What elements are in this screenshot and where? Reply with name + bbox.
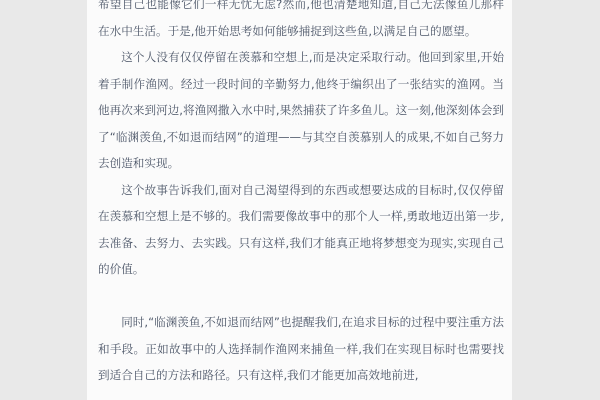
document-page: 希望自己也能像它们一样无忧无虑?然而,他也清楚地知道,自己无法像鱼儿那样在水中生… (87, 0, 512, 400)
paragraph-moral-lesson: 这个故事告诉我们,面对自己渴望得到的东西或想要达成的目标时,仅仅停留在羡慕和空想… (98, 177, 504, 283)
document-canvas: 希望自己也能像它们一样无忧无虑?然而,他也清楚地知道,自己无法像鱼儿那样在水中生… (0, 0, 600, 400)
article-text: 希望自己也能像它们一样无忧无虑?然而,他也清楚地知道,自己无法像鱼儿那样在水中生… (98, 0, 504, 389)
paragraph-method-reminder: 同时,“临渊羡鱼,不如退而结网”也提醒我们,在追求目标的过程中要注重方法和手段。… (98, 309, 504, 389)
paragraph-story-opening: 希望自己也能像它们一样无忧无虑?然而,他也清楚地知道,自己无法像鱼儿那样在水中生… (98, 0, 504, 44)
paragraph-story-action: 这个人没有仅仅停留在羡慕和空想上,而是决定采取行动。他回到家里,开始着手制作渔网… (98, 44, 504, 177)
